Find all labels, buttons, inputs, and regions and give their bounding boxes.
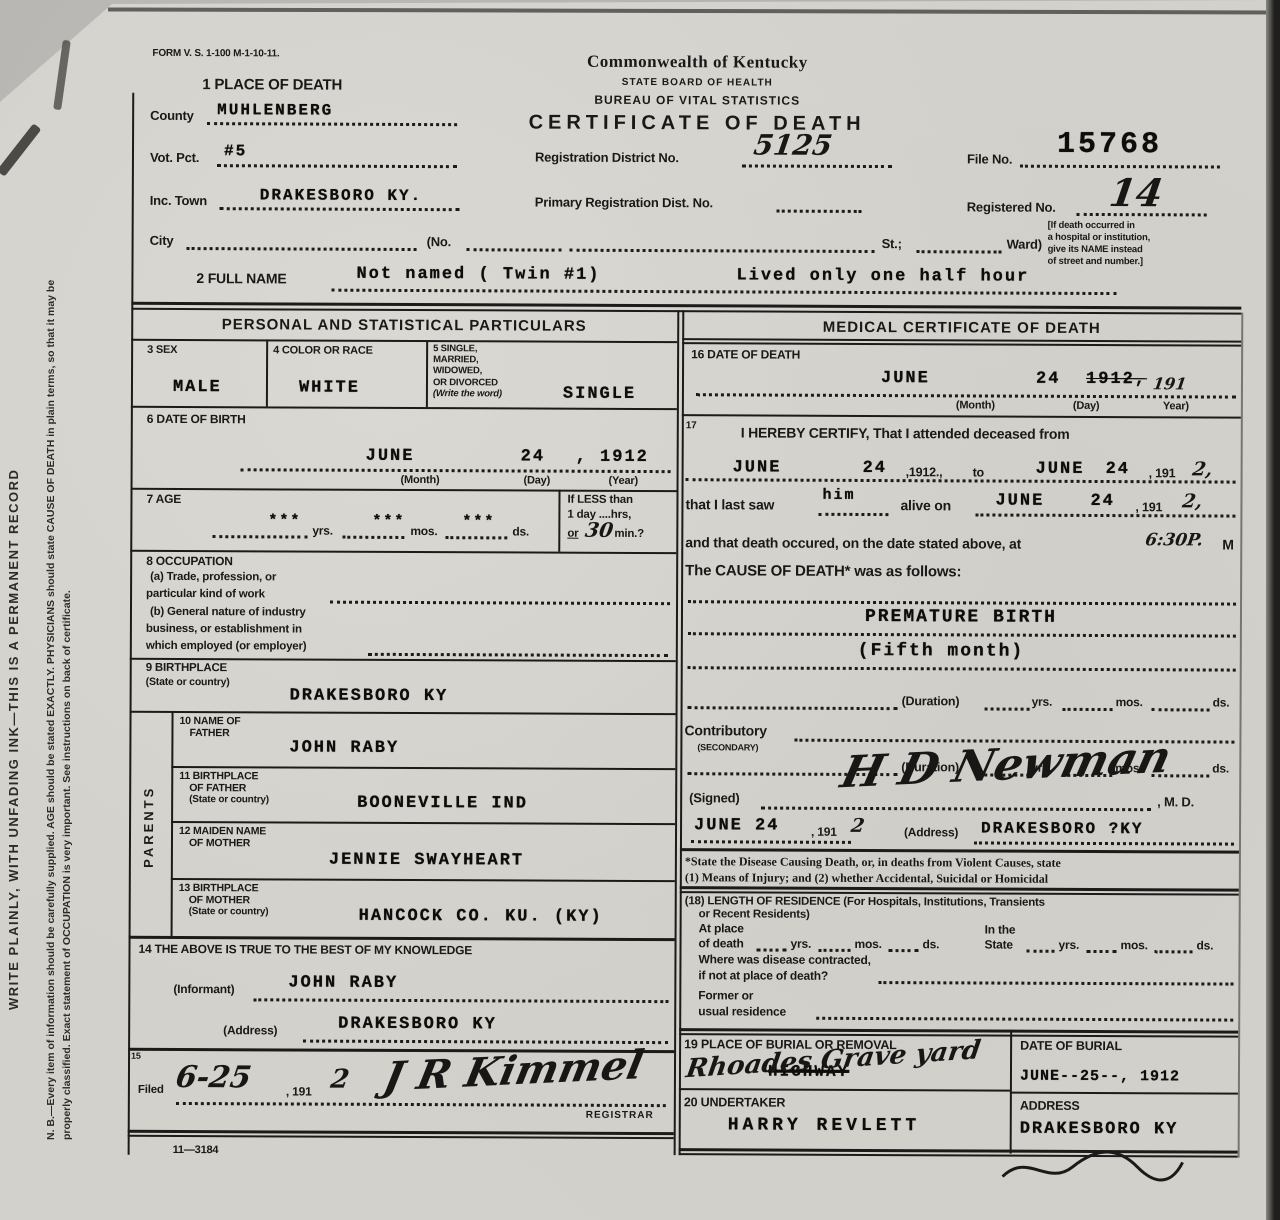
scanned-death-certificate: WRITE PLAINLY, WITH UNFADING INK—THIS IS… bbox=[0, 0, 1280, 1220]
dob-label: 6 DATE OF BIRTH bbox=[147, 412, 246, 426]
rule bbox=[679, 1088, 1010, 1091]
primary-registration-line bbox=[777, 210, 862, 213]
last-saw-year-printed: , 191 bbox=[1135, 500, 1162, 514]
age-yrs-unit: yrs. bbox=[312, 524, 333, 538]
town-line bbox=[220, 207, 460, 211]
signed-address-value: DRAKESBORO ?KY bbox=[981, 819, 1143, 838]
duration-label: (Duration) bbox=[902, 694, 960, 708]
month-caption: (Month) bbox=[401, 474, 440, 486]
county-label: County bbox=[150, 108, 194, 123]
signed-year-printed: , 191 bbox=[811, 825, 837, 839]
former-label-1: Former or bbox=[698, 988, 753, 1002]
hospital-note: [If death occurred in a hospital or inst… bbox=[1047, 220, 1150, 268]
rule bbox=[131, 339, 677, 343]
marital-label-line: MARRIED, bbox=[433, 354, 502, 366]
item-15-number: 15 bbox=[131, 1051, 141, 1061]
duration-yrs: yrs. bbox=[1032, 695, 1053, 709]
filed-date-value: 6-25 bbox=[173, 1060, 253, 1095]
occupation-a2: particular kind of work bbox=[146, 588, 265, 601]
plate-number: 11—3184 bbox=[173, 1144, 219, 1156]
less-than-line1: If LESS than bbox=[567, 494, 632, 506]
res-mos-1: mos. bbox=[855, 937, 882, 951]
less-than-min: min.? bbox=[614, 528, 644, 540]
file-no-label: File No. bbox=[967, 151, 1012, 166]
signed-line bbox=[761, 807, 1151, 812]
rule bbox=[131, 488, 677, 492]
cause-value-2: (Fifth month) bbox=[858, 641, 1025, 662]
last-saw-day: 24 bbox=[1090, 492, 1114, 511]
mother-birthplace-label2: OF MOTHER bbox=[189, 894, 250, 906]
father-name-value: JOHN RABY bbox=[289, 738, 399, 757]
filed-line bbox=[176, 1102, 666, 1107]
death-occurred-text: and that death occured, on the date stat… bbox=[685, 534, 1021, 551]
color-race-label: 4 COLOR OR RACE bbox=[273, 344, 373, 356]
residence-title-2: or Recent Residents) bbox=[699, 908, 810, 920]
residence-line bbox=[1087, 950, 1117, 953]
occupation-a1: (a) Trade, profession, or bbox=[150, 571, 276, 584]
informant-label: (Informant) bbox=[173, 982, 234, 996]
signed-date: JUNE 24 bbox=[694, 816, 780, 835]
duration-ds: ds. bbox=[1213, 695, 1230, 709]
date-of-death-year: 1912, bbox=[1086, 370, 1147, 389]
age-days-value: *** bbox=[462, 513, 495, 530]
city-st-label: St.; bbox=[882, 236, 902, 251]
occupation-b1: (b) General nature of industry bbox=[150, 606, 306, 619]
city-street-line bbox=[570, 249, 875, 253]
occupation-b3: which employed (or employer) bbox=[146, 640, 307, 653]
md-suffix: , M. D. bbox=[1157, 794, 1194, 809]
duration-mos: mos. bbox=[1116, 695, 1143, 709]
informant-address-value: DRAKESBORO KY bbox=[338, 1015, 497, 1035]
residence-line bbox=[1027, 950, 1055, 953]
secondary-caption: (SECONDARY) bbox=[697, 742, 758, 752]
occupation-label: 8 OCCUPATION bbox=[146, 554, 233, 568]
mother-birthplace-label: 13 BIRTHPLACE bbox=[179, 882, 259, 894]
signed-date-line bbox=[691, 840, 851, 844]
day-caption: (Day) bbox=[524, 474, 551, 486]
parents-vertical-label: PARENTS bbox=[141, 786, 156, 868]
father-name-label2: FATHER bbox=[189, 727, 229, 739]
duration-line bbox=[985, 708, 1030, 711]
rule bbox=[1010, 1092, 1238, 1095]
dod-year-caption: Year) bbox=[1163, 400, 1189, 412]
alive-on-line bbox=[975, 513, 1235, 517]
certify-statement: I HEREBY CERTIFY, That I attended deceas… bbox=[741, 424, 1070, 441]
birthplace-label: 9 BIRTHPLACE bbox=[146, 662, 227, 674]
cell-border bbox=[266, 339, 268, 406]
full-name-value: Not named ( Twin #1) bbox=[356, 265, 600, 285]
certify-from-month: JUNE bbox=[733, 458, 782, 477]
duration2-ds: ds. bbox=[1212, 761, 1229, 775]
dob-month: JUNE bbox=[366, 447, 415, 466]
informant-value: JOHN RABY bbox=[288, 973, 398, 992]
registration-district-value: 5125 bbox=[752, 129, 835, 162]
cell-border bbox=[426, 340, 428, 407]
duration-line bbox=[1063, 708, 1113, 711]
mother-birthplace-value: HANCOCK CO. KU. (KY) bbox=[359, 907, 603, 927]
cause-value-1: PREMATURE BIRTH bbox=[865, 607, 1057, 628]
informant-address-label: (Address) bbox=[223, 1023, 277, 1037]
certify-to-year-written: 2, bbox=[1191, 458, 1214, 480]
date-of-death-line bbox=[696, 393, 1236, 398]
date-of-death-month: JUNE bbox=[881, 369, 930, 388]
cell-border bbox=[558, 490, 560, 552]
county-value: MUHLENBERG bbox=[217, 101, 333, 120]
contributory-label: Contributory bbox=[684, 722, 766, 738]
date-of-death-day: 24 bbox=[1036, 370, 1060, 389]
city-ward-line bbox=[917, 250, 1002, 253]
burial-date-value: JUNE--25--, 1912 bbox=[1020, 1068, 1180, 1086]
alive-on-text: alive on bbox=[900, 497, 951, 513]
certify-to-word: to bbox=[973, 465, 984, 479]
registrar-label: REGISTRAR bbox=[586, 1110, 654, 1121]
file-no-value: 15768 bbox=[1057, 128, 1162, 162]
undertaker-value: HARRY REVLETT bbox=[728, 1115, 921, 1136]
res-mos-2: mos. bbox=[1121, 938, 1148, 952]
less-than-or: or bbox=[567, 528, 578, 540]
bureau-heading: BUREAU OF VITAL STATISTICS bbox=[532, 93, 862, 108]
undertaker-label: 20 UNDERTAKER bbox=[684, 1095, 785, 1109]
primary-registration-label: Primary Registration Dist. No. bbox=[535, 195, 713, 211]
occupation-b2: business, or establishment in bbox=[146, 623, 302, 636]
age-line bbox=[212, 535, 307, 538]
hospital-note-line: [If death occurred in bbox=[1048, 220, 1151, 232]
date-of-death-label: 16 DATE OF DEATH bbox=[691, 347, 800, 361]
res-yrs-1: yrs. bbox=[791, 937, 812, 951]
rule bbox=[682, 342, 1241, 346]
town-label: Inc. Town bbox=[150, 193, 207, 208]
cause-line bbox=[688, 666, 1236, 671]
state-board-heading: STATE BOARD OF HEALTH bbox=[532, 77, 862, 89]
registration-district-label: Registration District No. bbox=[535, 150, 679, 166]
father-birthplace-value: BOONEVILLE IND bbox=[357, 794, 528, 814]
signed-address-label: (Address) bbox=[904, 825, 958, 839]
signed-label: (Signed) bbox=[689, 790, 739, 805]
duration-line bbox=[688, 706, 898, 710]
former-label-2: usual residence bbox=[698, 1004, 786, 1018]
certify-from-day: 24 bbox=[863, 459, 887, 478]
year-caption: (Year) bbox=[609, 475, 638, 487]
parents-strip-border bbox=[171, 711, 174, 936]
medical-section-title: MEDICAL CERTIFICATE OF DEATH bbox=[682, 318, 1241, 337]
res-ds-1: ds. bbox=[923, 937, 940, 951]
duration-line bbox=[1152, 708, 1210, 711]
marital-value: SINGLE bbox=[563, 385, 636, 404]
certify-to-year-printed: , 191 bbox=[1149, 466, 1176, 480]
undertaker-address-label: ADDRESS bbox=[1020, 1099, 1080, 1113]
signed-address-line bbox=[974, 841, 1234, 845]
informant-line bbox=[253, 998, 668, 1003]
contracted-line bbox=[878, 981, 1233, 986]
mother-name-label: 12 MAIDEN NAME bbox=[179, 825, 266, 837]
age-years-value: *** bbox=[268, 512, 301, 529]
city-no-label: (No. bbox=[427, 234, 452, 249]
marital-label-line: (Write the word) bbox=[433, 388, 502, 400]
contracted-label-2: if not at place of death? bbox=[698, 968, 828, 983]
of-death-label: of death bbox=[699, 936, 744, 950]
filed-year-printed: , 191 bbox=[286, 1084, 312, 1098]
filed-year-written: 2 bbox=[329, 1065, 351, 1095]
dod-month-caption: (Month) bbox=[956, 399, 995, 411]
last-saw-text: that I last saw bbox=[685, 496, 774, 512]
city-line bbox=[187, 247, 417, 251]
age-label: 7 AGE bbox=[146, 492, 181, 506]
form-right-border bbox=[1238, 313, 1244, 1158]
filed-label: Filed bbox=[138, 1084, 164, 1096]
rule bbox=[680, 848, 1239, 853]
marital-label-line: WIDOWED, bbox=[433, 366, 502, 378]
former-line bbox=[816, 1017, 1233, 1022]
hospital-note-line: give its NAME instead bbox=[1048, 244, 1151, 256]
precinct-line bbox=[217, 164, 457, 168]
city-ward-label: Ward) bbox=[1007, 237, 1042, 252]
age-months-value: *** bbox=[372, 513, 405, 530]
form-number: FORM V. S. 1-100 M-1-10-11. bbox=[152, 48, 279, 60]
last-saw-line bbox=[818, 513, 888, 516]
last-saw-month: JUNE bbox=[995, 492, 1044, 511]
full-name-label: 2 FULL NAME bbox=[196, 270, 286, 286]
father-birthplace-label2: OF FATHER bbox=[189, 782, 246, 794]
in-the-label: In the bbox=[985, 923, 1016, 937]
occupation-a-line bbox=[330, 601, 670, 605]
rule bbox=[128, 1135, 674, 1139]
item-17-number: 17 bbox=[686, 420, 697, 431]
age-mos-unit: mos. bbox=[410, 524, 437, 538]
residence-line bbox=[819, 949, 851, 952]
dob-day: 24 bbox=[521, 447, 545, 466]
registered-no-line bbox=[1077, 213, 1207, 217]
residence-title-1: (18) LENGTH OF RESIDENCE (For Hospitals,… bbox=[685, 895, 1045, 909]
last-saw-year-written: 2, bbox=[1181, 490, 1204, 512]
cause-footnote-1: *State the Disease Causing Death, or, in… bbox=[685, 854, 1061, 871]
certify-from-year: ,1912., bbox=[906, 465, 943, 479]
city-label: City bbox=[150, 233, 174, 248]
registered-no-value: 14 bbox=[1107, 170, 1166, 215]
personal-section-title: PERSONAL AND STATISTICAL PARTICULARS bbox=[131, 316, 677, 335]
death-time-written: 6:30P. bbox=[1144, 530, 1205, 550]
town-value: DRAKESBORO KY. bbox=[260, 186, 422, 205]
rule bbox=[682, 414, 1241, 418]
residence-line bbox=[889, 949, 919, 952]
mother-name-value: JENNIE SWAYHEART bbox=[329, 851, 524, 871]
sex-label: 3 SEX bbox=[147, 344, 177, 356]
undertaker-signature-scribble bbox=[997, 1142, 1187, 1193]
marital-label-line: 5 SINGLE, bbox=[433, 343, 502, 355]
registration-district-line bbox=[742, 164, 892, 168]
cause-of-death-heading: The CAUSE OF DEATH* was as follows: bbox=[685, 562, 961, 580]
certify-to-month: JUNE bbox=[1036, 460, 1085, 479]
cause-line bbox=[688, 600, 1236, 605]
father-birthplace-label: 11 BIRTHPLACE bbox=[179, 770, 258, 782]
dob-line bbox=[241, 468, 671, 473]
marital-label-line: OR DIVORCED bbox=[433, 377, 502, 389]
state-label: State bbox=[985, 938, 1013, 952]
dob-year: , 1912 bbox=[576, 448, 649, 467]
dod-day-caption: (Day) bbox=[1073, 400, 1100, 412]
full-name-line bbox=[331, 289, 1116, 295]
residence-line bbox=[757, 949, 787, 952]
mother-name-label2: OF MOTHER bbox=[189, 837, 250, 849]
county-line bbox=[207, 122, 457, 126]
less-than-value: 30 bbox=[584, 518, 615, 542]
full-name-note: Lived only one half hour bbox=[736, 266, 1029, 286]
certify-to-day: 24 bbox=[1106, 460, 1130, 479]
city-no-line bbox=[467, 248, 562, 251]
rule bbox=[131, 406, 677, 410]
birthplace-subcaption: (State or country) bbox=[146, 676, 230, 688]
sex-value: MALE bbox=[173, 378, 222, 397]
death-time-meridian: M bbox=[1222, 537, 1234, 553]
father-birthplace-subcaption: (State or country) bbox=[189, 794, 269, 805]
undertaker-address-value: DRAKESBORO KY bbox=[1020, 1120, 1179, 1140]
attest-statement: 14 THE ABOVE IS TRUE TO THE BEST OF MY K… bbox=[138, 942, 472, 957]
birthplace-value: DRAKESBORO KY bbox=[290, 686, 449, 706]
residence-line bbox=[1155, 950, 1193, 953]
precinct-value: #5 bbox=[224, 142, 247, 160]
occupation-b-line bbox=[368, 653, 668, 657]
cause-footnote-2: (1) Means of Injury; and (2) whether Acc… bbox=[685, 870, 1048, 887]
res-yrs-2: yrs. bbox=[1059, 938, 1080, 952]
father-name-label: 10 NAME OF bbox=[179, 715, 240, 727]
at-place-label: At place bbox=[699, 921, 744, 935]
age-line bbox=[342, 536, 404, 539]
registered-no-label: Registered No. bbox=[967, 199, 1056, 214]
signed-year-written: 2 bbox=[849, 815, 865, 837]
res-ds-2: ds. bbox=[1197, 938, 1214, 952]
hospital-note-line: of street and number.] bbox=[1047, 255, 1150, 267]
cause-line bbox=[688, 632, 1236, 637]
file-no-line bbox=[1020, 165, 1220, 169]
place-of-death-title: 1 PLACE OF DEATH bbox=[202, 76, 342, 94]
form-left-border bbox=[128, 93, 135, 1155]
last-saw-him: him bbox=[822, 487, 855, 504]
color-race-value: WHITE bbox=[299, 379, 360, 398]
date-of-death-printed191: 191 bbox=[1152, 374, 1188, 393]
age-line bbox=[445, 536, 507, 539]
burial-date-label: DATE OF BURIAL bbox=[1020, 1039, 1122, 1053]
age-ds-unit: ds. bbox=[512, 524, 529, 538]
marital-label: 5 SINGLE, MARRIED, WIDOWED, OR DIVORCED … bbox=[433, 343, 502, 399]
contracted-label-1: Where was disease contracted, bbox=[698, 952, 870, 967]
precinct-label: Vot. Pct. bbox=[150, 150, 199, 165]
commonwealth-heading: Commonwealth of Kentucky bbox=[532, 52, 862, 73]
hospital-note-line: a hospital or institution, bbox=[1048, 232, 1151, 244]
mother-birthplace-subcaption: (State or country) bbox=[189, 906, 269, 917]
rule bbox=[129, 936, 675, 941]
